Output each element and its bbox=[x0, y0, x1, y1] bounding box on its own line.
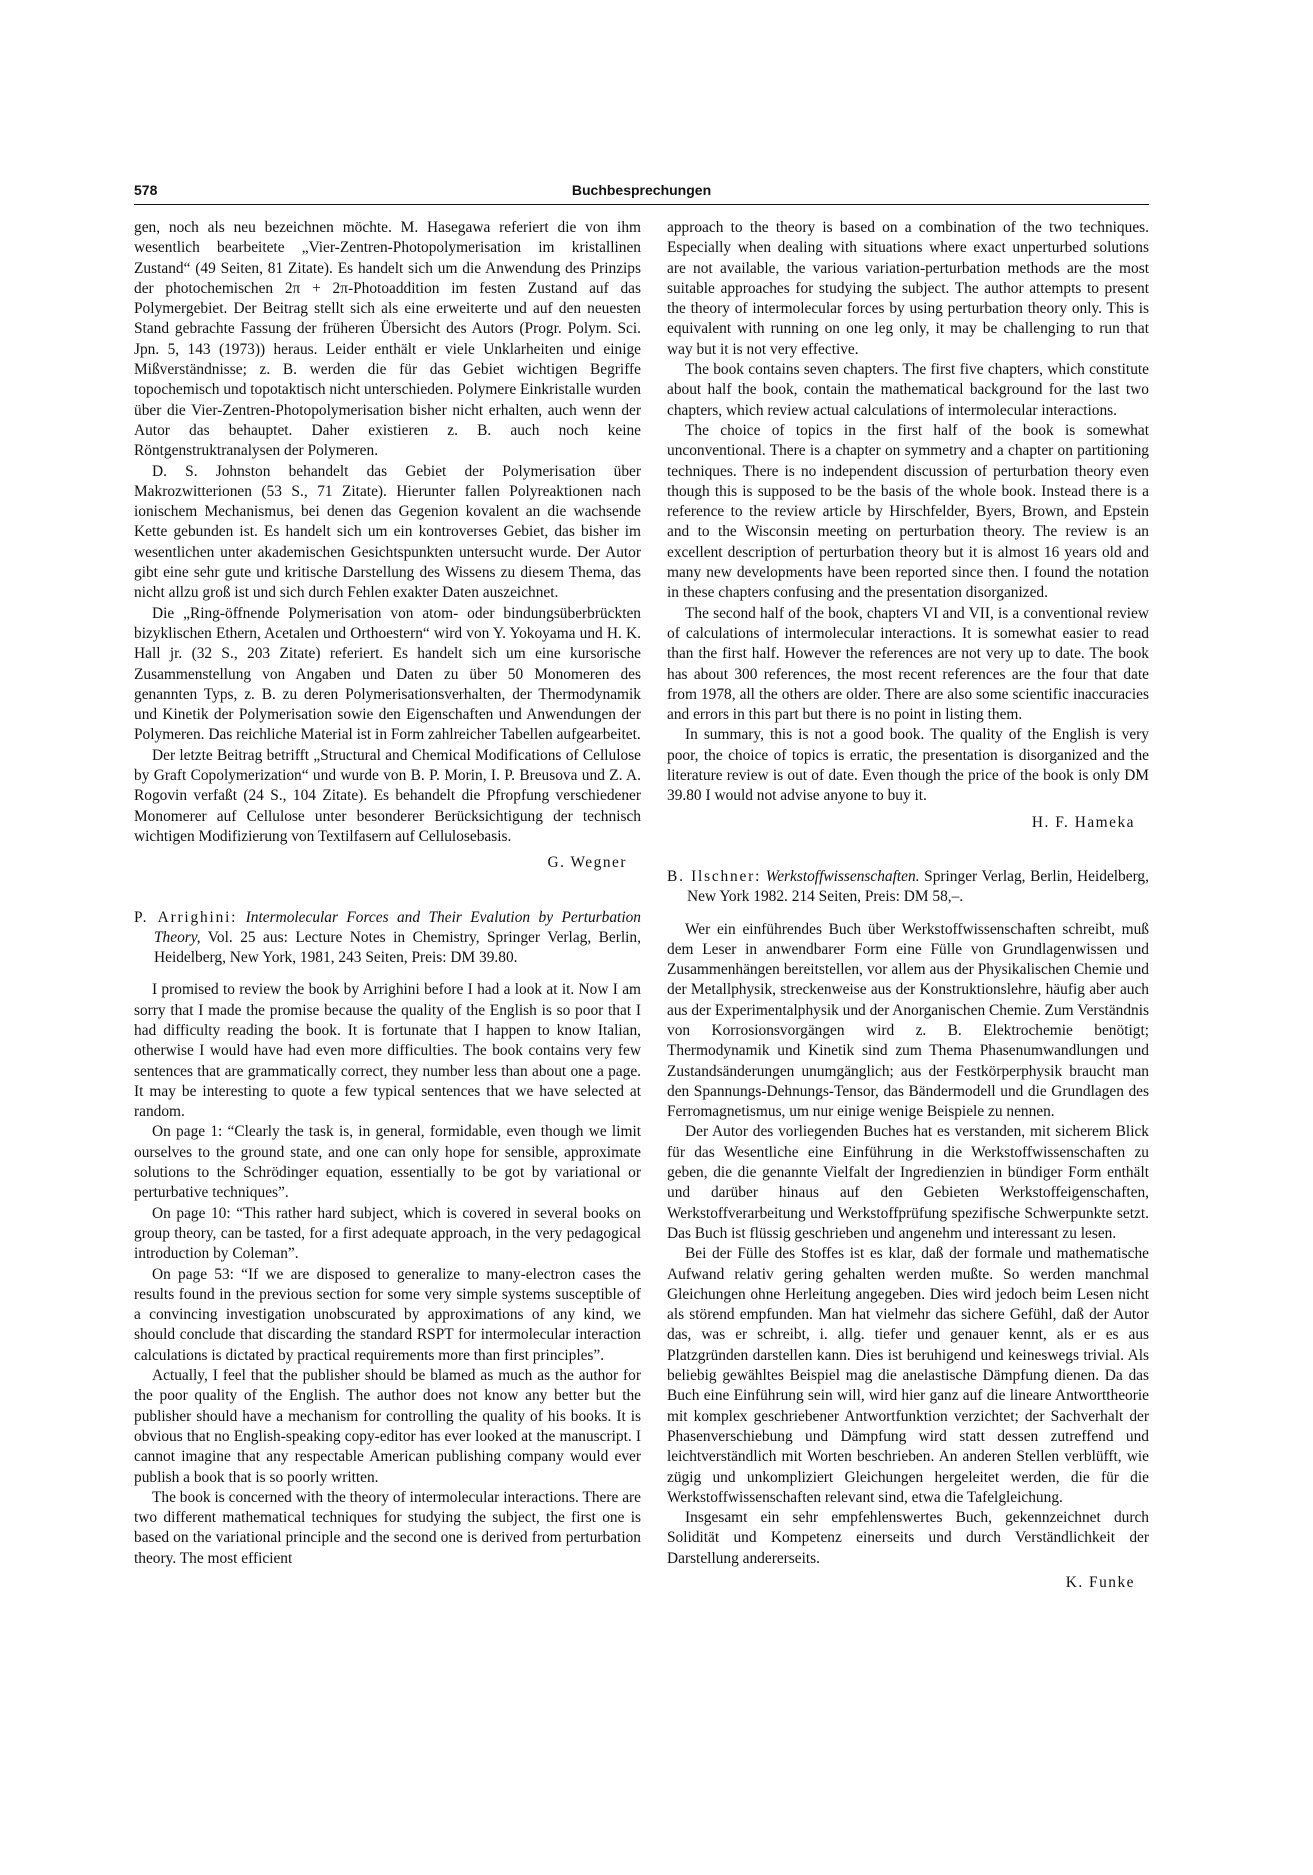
running-header: 578 Buchbesprechungen bbox=[134, 178, 1149, 205]
left-column: gen, noch als neu bezeichnen möchte. M. … bbox=[134, 218, 641, 1569]
book-title: Werkstoffwissenschaften. bbox=[766, 868, 920, 885]
paragraph: The book is concerned with the theory of… bbox=[134, 1488, 641, 1569]
paragraph: I promised to review the book by Arrighi… bbox=[134, 980, 641, 1122]
section-title: Buchbesprechungen bbox=[134, 182, 1149, 198]
paragraph: The choice of topics in the first half o… bbox=[667, 421, 1149, 604]
paragraph: On page 10: “This rather hard subject, w… bbox=[134, 1204, 641, 1265]
paragraph: The book contains seven chapters. The fi… bbox=[667, 360, 1149, 421]
paragraph: Wer ein einführendes Buch über Werkstoff… bbox=[667, 920, 1149, 1123]
book-author: P. Arrighini: bbox=[134, 909, 237, 926]
paragraph: The second half of the book, chapters VI… bbox=[667, 604, 1149, 726]
book-author: B. Ilschner: bbox=[667, 868, 761, 885]
paragraph: Bei der Fülle des Stoffes ist es klar, d… bbox=[667, 1244, 1149, 1508]
right-column: approach to the theory is based on a com… bbox=[667, 218, 1149, 1593]
paragraph: Der letzte Beitrag betrifft „Structural … bbox=[134, 746, 641, 847]
paragraph: On page 53: “If we are disposed to gener… bbox=[134, 1265, 641, 1366]
paragraph: Actually, I feel that the publisher shou… bbox=[134, 1366, 641, 1488]
book-citation: B. Ilschner: Werkstoffwissenschaften. Sp… bbox=[667, 867, 1149, 908]
paragraph: On page 1: “Clearly the task is, in gene… bbox=[134, 1122, 641, 1203]
book-citation: P. Arrighini: Intermolecular Forces and … bbox=[134, 908, 641, 969]
reviewer-signature: K. Funke bbox=[667, 1573, 1135, 1593]
book-details: Vol. 25 aus: Lecture Notes in Chemistry,… bbox=[154, 929, 641, 966]
reviewer-signature: H. F. Hameka bbox=[667, 813, 1135, 833]
paragraph: Insgesamt ein sehr empfehlenswertes Buch… bbox=[667, 1508, 1149, 1569]
paragraph: D. S. Johnston behandelt das Gebiet der … bbox=[134, 462, 641, 604]
paragraph: In summary, this is not a good book. The… bbox=[667, 725, 1149, 806]
paragraph: approach to the theory is based on a com… bbox=[667, 218, 1149, 360]
paragraph: gen, noch als neu bezeichnen möchte. M. … bbox=[134, 218, 641, 462]
paragraph: Die „Ring-öffnende Polymerisation von at… bbox=[134, 604, 641, 746]
reviewer-signature: G. Wegner bbox=[134, 853, 627, 873]
paragraph: Der Autor des vorliegenden Buches hat es… bbox=[667, 1122, 1149, 1244]
